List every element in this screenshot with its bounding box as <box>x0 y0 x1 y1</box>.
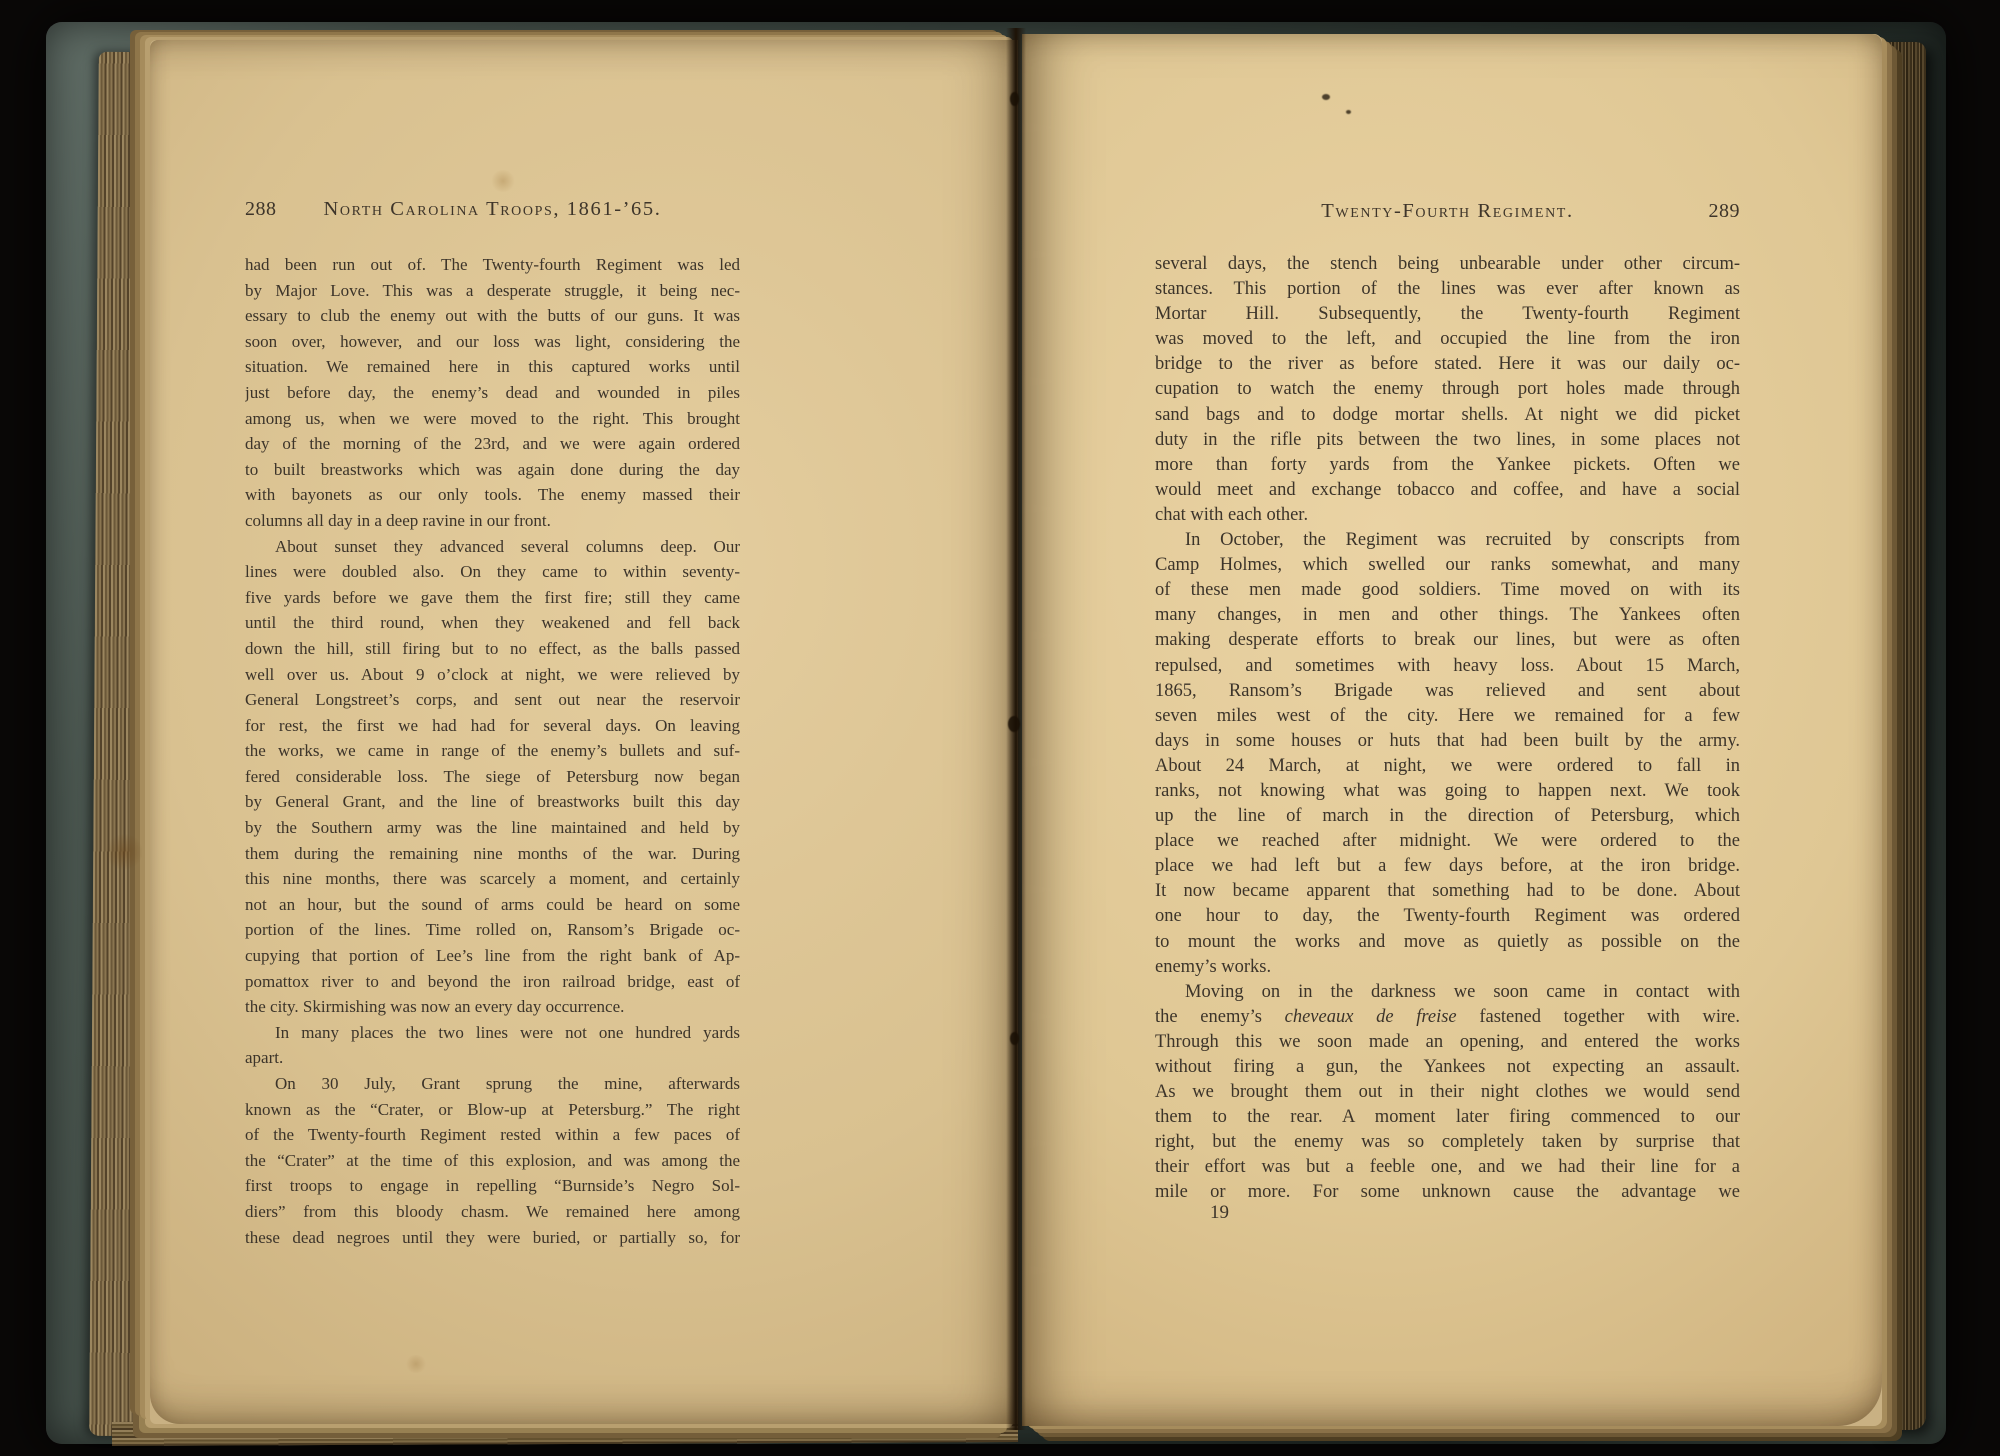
ink-speck <box>1322 94 1330 100</box>
text-line: up the line of march in the direction of… <box>1155 804 1740 829</box>
text-line: place we had left but a few days before,… <box>1155 854 1740 879</box>
text-line: duty in the rifle pits between the two l… <box>1155 428 1740 453</box>
text-line: ranks, not knowing what was going to hap… <box>1155 779 1740 804</box>
book-photo: 288 North Carolina Troops, 1861-’65. had… <box>0 0 2000 1456</box>
text-line: chat with each other. <box>1155 503 1740 528</box>
text-line: to mount the works and move as quietly a… <box>1155 930 1740 955</box>
text-line: several days, the stench being unbearabl… <box>1155 252 1740 277</box>
text-line: by General Grant, and the line of breast… <box>245 789 740 815</box>
text-line: pomattox river to and beyond the iron ra… <box>245 969 740 995</box>
text-line: until the third round, when they weakene… <box>245 610 740 636</box>
left-page: 288 North Carolina Troops, 1861-’65. had… <box>150 40 1018 1424</box>
text-line: As we brought them out in their night cl… <box>1155 1080 1740 1105</box>
text-line: soon over, however, and our loss was lig… <box>245 329 740 355</box>
text-line: one hour to day, the Twenty-fourth Regim… <box>1155 904 1740 929</box>
text-line: five yards before we gave them the first… <box>245 585 740 611</box>
text-line: days in some houses or huts that had bee… <box>1155 729 1740 754</box>
text-line: repulsed, and sometimes with heavy loss.… <box>1155 654 1740 679</box>
text-line: sand bags and to dodge mortar shells. At… <box>1155 403 1740 428</box>
ink-speck <box>1346 110 1351 114</box>
text-line: these dead negroes until they were burie… <box>245 1225 740 1251</box>
text-line: 1865, Ransom’s Brigade was relieved and … <box>1155 679 1740 704</box>
text-line: by Major Love. This was a desperate stru… <box>245 278 740 304</box>
text-line: cupation to watch the enemy through port… <box>1155 377 1740 402</box>
text-line: essary to club the enemy out with the bu… <box>245 303 740 329</box>
text-line: fered considerable loss. The siege of Pe… <box>245 764 740 790</box>
text-line: would meet and exchange tobacco and coff… <box>1155 478 1740 503</box>
text-line: well over us. About 9 o’clock at night, … <box>245 662 740 688</box>
text-line: bridge to the river as before stated. He… <box>1155 352 1740 377</box>
text-line: just before day, the enemy’s dead and wo… <box>245 380 740 406</box>
text-line: Camp Holmes, which swelled our ranks som… <box>1155 553 1740 578</box>
text-line: Moving on in the darkness we soon came i… <box>1155 980 1740 1005</box>
text-line: them to the rear. A moment later firing … <box>1155 1105 1740 1130</box>
text-line: known as the “Crater, or Blow-up at Pete… <box>245 1097 740 1123</box>
text-line: lines were doubled also. On they came to… <box>245 559 740 585</box>
running-title-right: Twenty-Fourth Regiment. <box>1321 200 1573 223</box>
text-line: the city. Skirmishing was now an every d… <box>245 994 740 1020</box>
right-page-header: Twenty-Fourth Regiment. 289 <box>1155 200 1740 223</box>
right-page: Twenty-Fourth Regiment. 289 several days… <box>1022 34 1882 1426</box>
paper-stain <box>405 1355 427 1373</box>
left-page-header: 288 North Carolina Troops, 1861-’65. <box>245 198 740 221</box>
text-line: first troops to engage in repelling “Bur… <box>245 1173 740 1199</box>
page-edges-right <box>1880 42 1926 1430</box>
text-line: cupying that portion of Lee’s line from … <box>245 943 740 969</box>
paper-stain <box>490 170 516 192</box>
text-line: with bayonets as our only tools. The ene… <box>245 482 740 508</box>
text-line: apart. <box>245 1045 740 1071</box>
text-line: them during the remaining nine months of… <box>245 841 740 867</box>
text-line: day of the morning of the 23rd, and we w… <box>245 431 740 457</box>
text-line: It now became apparent that something ha… <box>1155 879 1740 904</box>
page-number-right: 289 <box>1709 200 1741 223</box>
text-line: this nine months, there was scarcely a m… <box>245 866 740 892</box>
text-line: In many places the two lines were not on… <box>245 1020 740 1046</box>
text-line: by the Southern army was the line mainta… <box>245 815 740 841</box>
text-line: the enemy’s cheveaux de freise fastened … <box>1155 1005 1740 1030</box>
spine-stitch <box>1008 716 1020 732</box>
text-line: for rest, the first we had had for sever… <box>245 713 740 739</box>
text-line: enemy’s works. <box>1155 955 1740 980</box>
text-line: mile or more. For some unknown cause the… <box>1155 1180 1740 1205</box>
text-line: the “Crater” at the time of this explosi… <box>245 1148 740 1174</box>
text-line: without firing a gun, the Yankees not ex… <box>1155 1055 1740 1080</box>
text-line: to built breastworks which was again don… <box>245 457 740 483</box>
spine-stitch <box>1010 92 1019 106</box>
text-line: columns all day in a deep ravine in our … <box>245 508 740 534</box>
text-line: General Longstreet’s corps, and sent out… <box>245 687 740 713</box>
text-line: place we reached after midnight. We were… <box>1155 829 1740 854</box>
text-line: About 24 March, at night, we were ordere… <box>1155 754 1740 779</box>
text-line: making desperate efforts to break our li… <box>1155 628 1740 653</box>
text-line: of these men made good soldiers. Time mo… <box>1155 578 1740 603</box>
text-line: among us, when we were moved to the righ… <box>245 406 740 432</box>
text-line: had been run out of. The Twenty-fourth R… <box>245 252 740 278</box>
text-line: more than forty yards from the Yankee pi… <box>1155 453 1740 478</box>
left-page-text: had been run out of. The Twenty-fourth R… <box>245 252 740 1262</box>
right-page-text: several days, the stench being unbearabl… <box>1155 252 1740 1220</box>
text-line: In October, the Regiment was recruited b… <box>1155 528 1740 553</box>
text-line: down the hill, still firing but to no ef… <box>245 636 740 662</box>
text-line: of the Twenty-fourth Regiment rested wit… <box>245 1122 740 1148</box>
text-line: diers” from this bloody chasm. We remain… <box>245 1199 740 1225</box>
spine-stitch <box>1010 1032 1019 1045</box>
text-line: Mortar Hill. Subsequently, the Twenty-fo… <box>1155 302 1740 327</box>
text-line: right, but the enemy was so completely t… <box>1155 1130 1740 1155</box>
text-line: About sunset they advanced several colum… <box>245 534 740 560</box>
text-line: was moved to the left, and occupied the … <box>1155 327 1740 352</box>
text-line: many changes, in men and other things. T… <box>1155 603 1740 628</box>
text-line: stances. This portion of the lines was e… <box>1155 277 1740 302</box>
text-line: their effort was but a feeble one, and w… <box>1155 1155 1740 1180</box>
signature-mark: 19 <box>1210 1202 1229 1224</box>
running-title-left: North Carolina Troops, 1861-’65. <box>323 198 661 221</box>
text-line: portion of the lines. Time rolled on, Ra… <box>245 917 740 943</box>
text-line: situation. We remained here in this capt… <box>245 354 740 380</box>
text-line: not an hour, but the sound of arms could… <box>245 892 740 918</box>
text-line: On 30 July, Grant sprung the mine, after… <box>245 1071 740 1097</box>
page-number-left: 288 <box>245 198 277 221</box>
text-line: seven miles west of the city. Here we re… <box>1155 704 1740 729</box>
text-line: the works, we came in range of the enemy… <box>245 738 740 764</box>
text-line: Through this we soon made an opening, an… <box>1155 1030 1740 1055</box>
